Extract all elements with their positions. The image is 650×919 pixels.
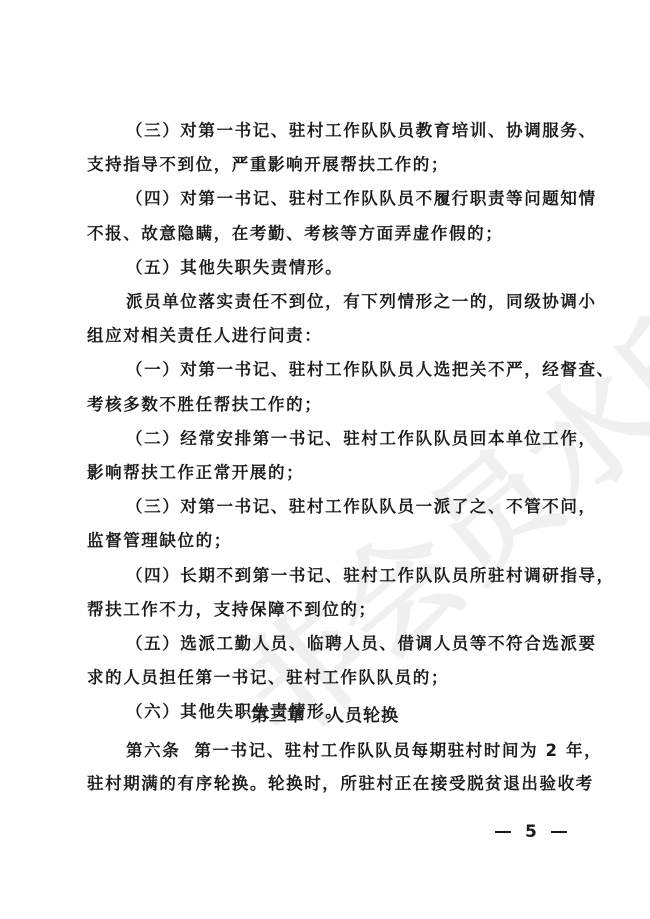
article-label: 第六条	[126, 741, 180, 760]
document-page: 非会员水印 （三）对第一书记、驻村工作队队员教育培训、协调服务、支持指导不到位，…	[0, 0, 650, 919]
page-number-value: 5	[525, 822, 537, 842]
chapter-title: 人员轮换	[327, 706, 399, 726]
page-number: 5	[495, 822, 567, 842]
text-line: 不报、故意隐瞒，在考勤、考核等方面弄虚作假的；	[87, 224, 503, 244]
article-text: 第一书记、驻村工作队队员每期驻村时间为 2 年，	[194, 741, 602, 760]
text-line: 求的人员担任第一书记、驻村工作队队员的；	[87, 668, 449, 688]
text-line: （四）对第一书记、驻村工作队队员不履行职责等问题知情	[126, 189, 597, 209]
text-line: 监督管理缺位的；	[87, 531, 232, 551]
chapter-heading: 第三章人员轮换	[0, 706, 650, 726]
text-line: 支持指导不到位，严重影响开展帮扶工作的；	[87, 155, 449, 175]
text-line: 派员单位落实责任不到位，有下列情形之一的，同级协调小	[126, 292, 597, 312]
article-first-line: 第六条第一书记、驻村工作队队员每期驻村时间为 2 年，	[126, 741, 602, 761]
text-line: （一）对第一书记、驻村工作队队员人选把关不严，经督查、	[126, 360, 615, 380]
chapter-number: 第三章	[251, 706, 305, 726]
text-line: （三）对第一书记、驻村工作队队员一派了之、不管不问，	[126, 497, 597, 517]
text-line: （四）长期不到第一书记、驻村工作队队员所驻村调研指导，	[126, 566, 615, 586]
text-line: （三）对第一书记、驻村工作队队员教育培训、协调服务、	[126, 121, 597, 141]
article-second-line: 驻村期满的有序轮换。轮换时，所驻村正在接受脱贫退出验收考	[87, 774, 594, 794]
dash-right	[551, 831, 567, 833]
text-line: 考核多数不胜任帮扶工作的；	[87, 395, 322, 415]
dash-left	[495, 831, 511, 833]
text-line: 影响帮扶工作正常开展的；	[87, 463, 304, 483]
text-line: （五）其他失职失责情形。	[126, 258, 343, 278]
text-line: （五）选派工勤人员、临聘人员、借调人员等不符合选派要	[126, 634, 597, 654]
text-line: 组应对相关责任人进行问责：	[87, 326, 322, 346]
text-line: 帮扶工作不力，支持保障不到位的；	[87, 600, 377, 620]
text-line: （二）经常安排第一书记、驻村工作队队员回本单位工作，	[126, 429, 597, 449]
